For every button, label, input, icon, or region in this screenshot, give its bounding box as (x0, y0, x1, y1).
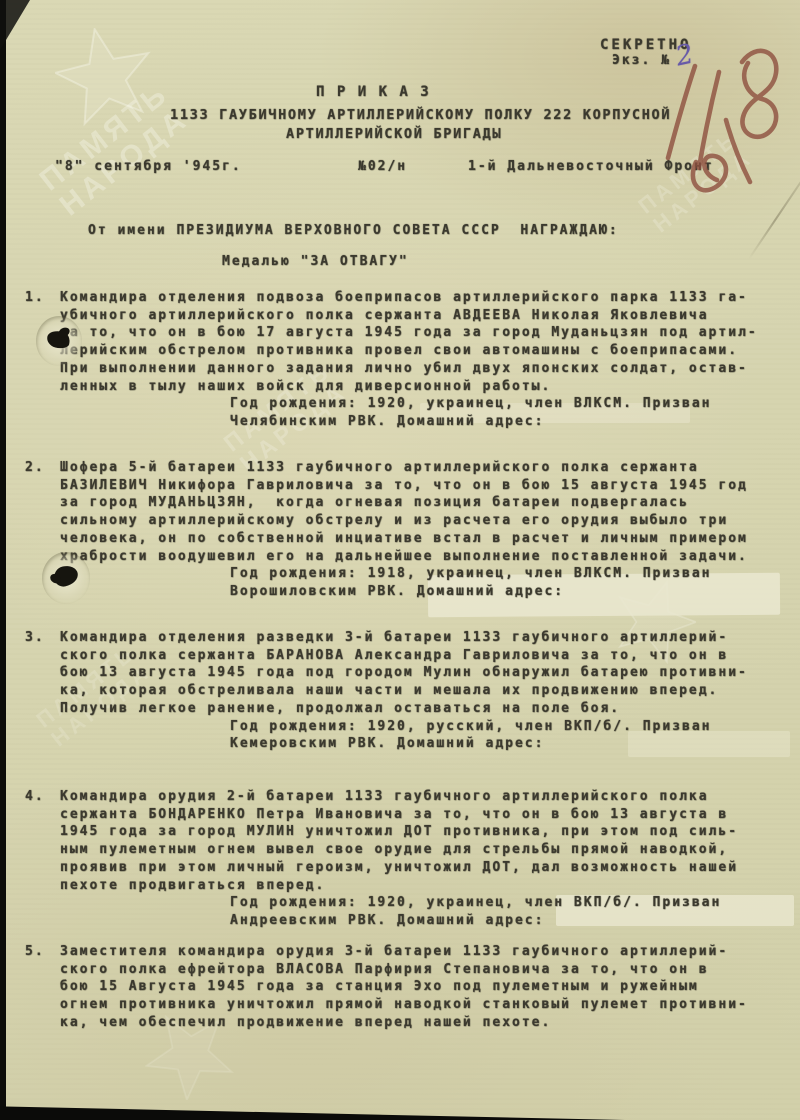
medal-line: Медалью "ЗА ОТВАГУ" (222, 253, 409, 271)
service-record: Год рождения: 1920, русский, член ВКП/б/… (230, 718, 785, 753)
award-citation: Командира отделения подвоза боеприпасов … (60, 289, 785, 431)
citation-line: Командира отделения подвоза боеприпасов … (60, 289, 785, 307)
order-number: №02/н (358, 158, 407, 176)
citation-line: При выполнении данного задания лично уби… (60, 360, 785, 378)
award-item: 3.Командира отделения разведки 3-й батар… (25, 629, 785, 753)
award-item-number: 1. (25, 289, 45, 307)
citation-line: ленных в тылу наших войск для диверсионн… (60, 378, 785, 396)
order-title-line1: 1133 ГАУБИЧНОМУ АРТИЛЛЕРИЙСКОМУ ПОЛКУ 22… (170, 107, 671, 123)
award-item: 1.Командира отделения подвоза боеприпасо… (25, 289, 785, 431)
service-record-line: Год рождения: 1920, украинец, член ВКП/б… (230, 894, 785, 912)
citation-line: бою 15 Августа 1945 года за станция Эхо … (60, 978, 785, 996)
citation-line: сержанта БОНДАРЕНКО Петра Ивановича за т… (60, 806, 785, 824)
service-record-line: Год рождения: 1920, украинец, член ВЛКСМ… (230, 395, 785, 413)
scanned-document: { "stamp": { "secret": "СЕКРЕТНО", "copy… (0, 0, 800, 1120)
service-record: Год рождения: 1918, украинец, член ВЛКСМ… (230, 565, 785, 600)
award-item: 5.Заместителя командира орудия 3-й батар… (25, 943, 785, 1032)
copy-number-label: Экз. № (612, 53, 671, 68)
service-record: Год рождения: 1920, украинец, член ВЛКСМ… (230, 395, 785, 430)
citation-line: Шофера 5-й батареи 1133 гаубичного артил… (60, 459, 785, 477)
award-citation: Командира отделения разведки 3-й батареи… (60, 629, 785, 753)
citation-line: убичного артиллерийского полка сержанта … (60, 307, 785, 325)
award-citation: Заместителя командира орудия 3-й батареи… (60, 943, 785, 1032)
citation-line: ка, которая обстреливала наши части и ме… (60, 682, 785, 700)
citation-line: человека, он по собственной инциативе вс… (60, 530, 785, 548)
punch-hole (36, 316, 82, 366)
award-citation: Шофера 5-й батареи 1133 гаубичного артил… (60, 459, 785, 601)
service-record-line: Андреевским РВК. Домашний адрес: (230, 912, 785, 930)
order-title-line2: АРТИЛЛЕРИЙСКОЙ БРИГАДЫ (286, 126, 502, 142)
award-item-number: 5. (25, 943, 45, 961)
award-citation: Командира орудия 2-й батареи 1133 гаубич… (60, 788, 785, 930)
citation-line: за город МУДАНЬЦЗЯН, когда огневая позиц… (60, 494, 785, 512)
citation-line: огнем противника уничтожил прямой наводк… (60, 996, 785, 1014)
citation-line: Заместителя командира орудия 3-й батареи… (60, 943, 785, 961)
service-record-line: Ворошиловским РВК. Домашний адрес: (230, 583, 785, 601)
award-item: 2.Шофера 5-й батареи 1133 гаубичного арт… (25, 459, 785, 601)
citation-line: ского полка ефрейтора ВЛАСОВА Парфирия С… (60, 961, 785, 979)
citation-line: ка, чем обеспечил продвижение вперед наш… (60, 1014, 785, 1032)
service-record: Год рождения: 1920, украинец, член ВКП/б… (230, 894, 785, 929)
service-record-line: Год рождения: 1918, украинец, член ВЛКСМ… (230, 565, 785, 583)
citation-line: Получив легкое ранение, продолжал остава… (60, 700, 785, 718)
service-record-line: Кемеровским РВК. Домашний адрес: (230, 735, 785, 753)
punch-hole (42, 552, 90, 604)
front-name: 1-й Дальневосточный Фронт (468, 158, 714, 176)
award-item-number: 4. (25, 788, 45, 806)
citation-line: БАЗИЛЕВИЧ Никифора Гавриловича за то, чт… (60, 477, 785, 495)
citation-line: проявив при этом личный героизм, уничтож… (60, 859, 785, 877)
citation-line: Командира орудия 2-й батареи 1133 гаубич… (60, 788, 785, 806)
award-item: 4.Командира орудия 2-й батареи 1133 гауб… (25, 788, 785, 930)
citation-line: бою 13 августа 1945 года под городом Мул… (60, 664, 785, 682)
citation-line: 1945 года за город МУЛИН уничтожил ДОТ п… (60, 823, 785, 841)
award-item-number: 2. (25, 459, 45, 477)
order-date: "8" сентября '945г. (55, 158, 242, 176)
citation-line: пехоте продвигаться вперед. (60, 877, 785, 895)
citation-line: Командира отделения разведки 3-й батареи… (60, 629, 785, 647)
citation-line: ского полка сержанта БАРАНОВА Александра… (60, 647, 785, 665)
citation-line: лерийским обстрелом противника провел св… (60, 342, 785, 360)
preamble-line: От имени ПРЕЗИДИУМА ВЕРХОВНОГО СОВЕТА СС… (88, 222, 619, 240)
citation-line: ным пулеметным огнем вывел свое орудие д… (60, 841, 785, 859)
citation-line: сильному артиллерийскому обстрелу и из р… (60, 512, 785, 530)
award-item-number: 3. (25, 629, 45, 647)
citation-line: за то, что он в бою 17 августа 1945 года… (60, 324, 785, 342)
service-record-line: Год рождения: 1920, русский, член ВКП/б/… (230, 718, 785, 736)
service-record-line: Челябинским РВК. Домашний адрес: (230, 413, 785, 431)
citation-line: храбрости воодушевил его на дальнейшее в… (60, 548, 785, 566)
order-word: П Р И К А З (316, 84, 431, 100)
